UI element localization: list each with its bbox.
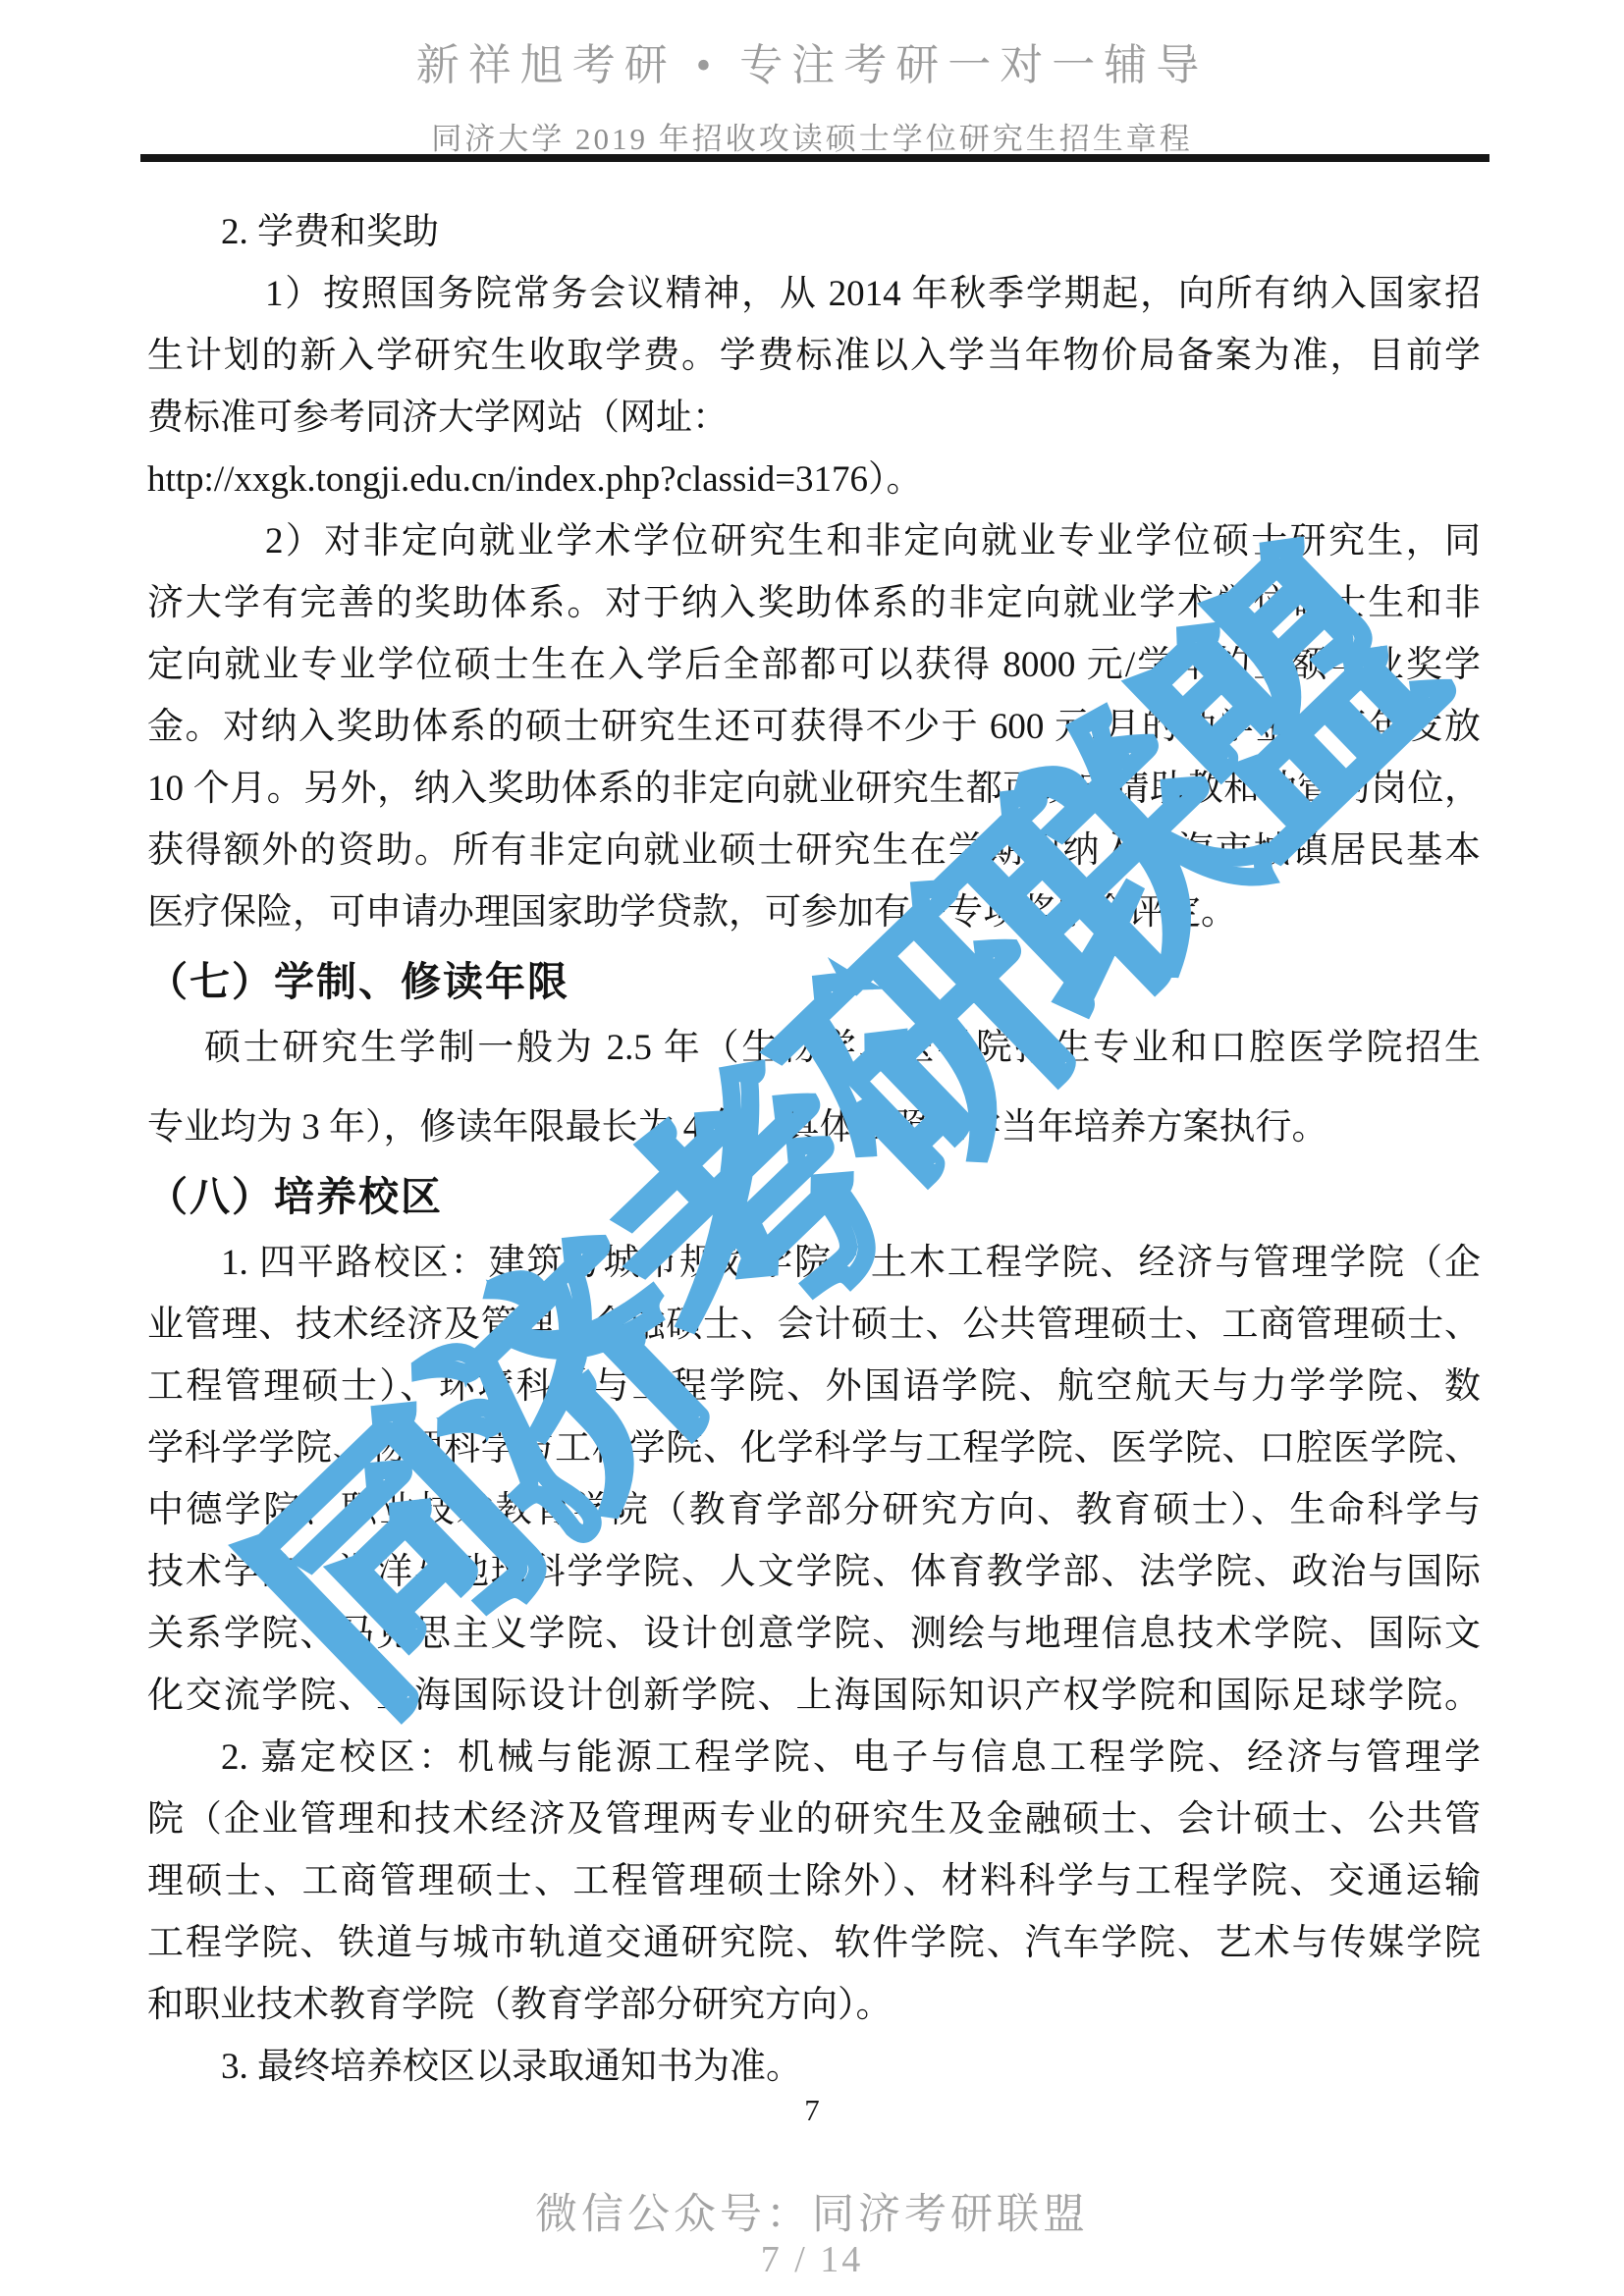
body-line: 理硕士、工商管理硕士、工程管理硕士除外）、材料科学与工程学院、交通运输 — [147, 1850, 1481, 1912]
body-line: 学科学学院、物理科学与工程学院、化学科学与工程学院、医学院、口腔医学院、 — [147, 1417, 1481, 1479]
body-line: 医疗保险，可申请办理国家助学贷款，可参加有关专项奖学金评定。 — [147, 881, 1481, 943]
body-line: （七）学制、修读年限 — [147, 949, 1481, 1015]
body-line: 10 个月。另外，纳入奖助体系的非定向就业研究生都可以申请助教和助管的岗位， — [147, 758, 1481, 820]
body-line: 化交流学院、上海国际设计创新学院、上海国际知识产权学院和国际足球学院。 — [147, 1665, 1481, 1727]
body-line: 技术学院、海洋与地球科学学院、人文学院、体育教学部、法学院、政治与国际 — [147, 1541, 1481, 1603]
body-line: 1. 四平路校区：建筑与城市规划学院、土木工程学院、经济与管理学院（企 — [147, 1232, 1481, 1294]
body-line: 3. 最终培养校区以录取通知书为准。 — [147, 2036, 1481, 2098]
body-line: 硕士研究生学制一般为 2.5 年（生物学、医学院招生专业和口腔医学院招生 — [147, 1017, 1481, 1079]
footer-page-indicator: 7 / 14 — [0, 2238, 1624, 2281]
body-line: 院（企业管理和技术经济及管理两专业的研究生及金融硕士、会计硕士、公共管 — [147, 1789, 1481, 1850]
document-page: 新祥旭考研 • 专注考研一对一辅导 同济大学 2019 年招收攻读硕士学位研究生… — [0, 0, 1624, 2296]
header-brand: 新祥旭考研 • 专注考研一对一辅导 — [0, 29, 1624, 92]
body-line: 关系学院、马克思主义学院、设计创意学院、测绘与地理信息技术学院、国际文 — [147, 1603, 1481, 1665]
body-line: 中德学院、职业技术教育学院（教育学部分研究方向、教育硕士）、生命科学与 — [147, 1479, 1481, 1541]
body-line: 1）按照国务院常务会议精神，从 2014 年秋季学期起，向所有纳入国家招 — [147, 263, 1481, 325]
body-line: 业管理、技术经济及管理、金融硕士、会计硕士、公共管理硕士、工商管理硕士、 — [147, 1294, 1481, 1356]
body-line: 和职业技术教育学院（教育学部分研究方向）。 — [147, 1974, 1481, 2036]
body-line: 工程学院、铁道与城市轨道交通研究院、软件学院、汽车学院、艺术与传媒学院 — [147, 1912, 1481, 1974]
body-line: 费标准可参考同济大学网站（网址： — [147, 387, 1481, 449]
header-doc-title: 同济大学 2019 年招收攻读硕士学位研究生招生章程 — [0, 114, 1624, 158]
header-divider-rule — [140, 154, 1489, 162]
document-body: 2. 学费和奖助1）按照国务院常务会议精神，从 2014 年秋季学期起，向所有纳… — [147, 201, 1481, 2098]
body-line: 2）对非定向就业学术学位研究生和非定向就业专业学位硕士研究生，同 — [147, 510, 1481, 572]
body-line: 生计划的新入学研究生收取学费。学费标准以入学当年物价局备案为准，目前学 — [147, 325, 1481, 387]
body-line: 2. 学费和奖助 — [147, 201, 1481, 263]
footer-wechat-account: 微信公众号：同济考研联盟 — [0, 2181, 1624, 2241]
body-line: 2. 嘉定校区：机械与能源工程学院、电子与信息工程学院、经济与管理学 — [147, 1727, 1481, 1789]
body-line: 济大学有完善的奖助体系。对于纳入奖助体系的非定向就业学术学位硕士生和非 — [147, 572, 1481, 634]
body-line: 工程管理硕士）、环境科学与工程学院、外国语学院、航空航天与力学学院、数 — [147, 1356, 1481, 1417]
body-line: 金。对纳入奖助体系的硕士研究生还可获得不少于 600 元/月的助学金，每年发放 — [147, 696, 1481, 758]
body-line: http://xxgk.tongji.edu.cn/index.php?clas… — [147, 449, 1481, 510]
body-line: （八）培养校区 — [147, 1164, 1481, 1230]
body-line: 获得额外的资助。所有非定向就业硕士研究生在学期间纳入上海市城镇居民基本 — [147, 820, 1481, 881]
body-line: 定向就业专业学位硕士生在入学后全部都可以获得 8000 元/学年的全额学业奖学 — [147, 634, 1481, 696]
page-number: 7 — [0, 2093, 1624, 2128]
body-line: 专业均为 3 年），修读年限最长为 4 年，具体参照入学当年培养方案执行。 — [147, 1096, 1481, 1158]
